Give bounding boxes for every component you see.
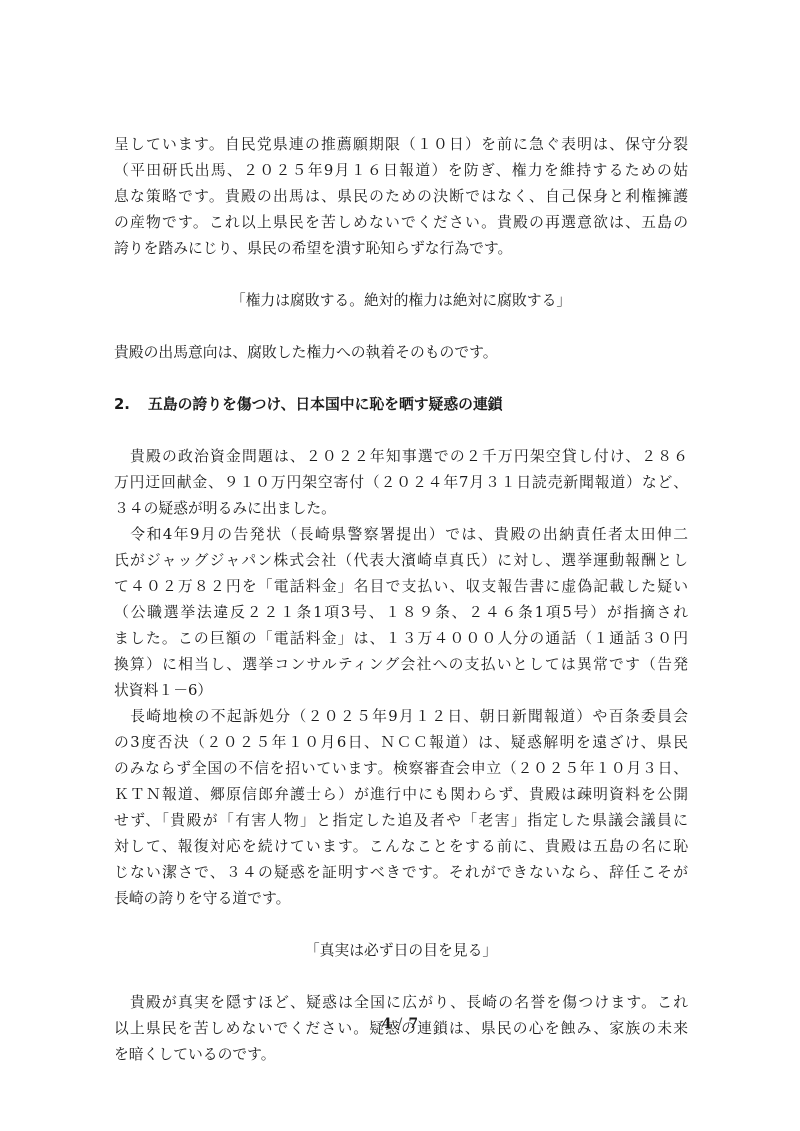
text-line: の3度否決（２０２５年１０月6日、ＮＣＣ報道）は、疑惑解明を遠ざけ、県民 [114, 730, 688, 756]
page-separator: / [398, 1016, 403, 1032]
text-line: の産物です。これ以上県民を苦しめないでください。貴殿の再選意欲は、五島の [114, 210, 688, 236]
text-line: 万円迂回献金、９１０万円架空寄付（２０２４年7月３１日読売新聞報道）など、 [114, 470, 688, 496]
paragraph-prosecution: 長崎地検の不起訴処分（２０２５年9月１２日、朝日新聞報道）や百条委員会 の3度否… [114, 704, 688, 912]
paragraph-complaint: 令和4年9月の告発状（長崎県警察署提出）では、貴殿の出納責任者太田伸二 氏がジャ… [114, 522, 688, 704]
text-line: ＫＴＮ報道、郷原信郎弁護士ら）が進行中にも関わらず、貴殿は疎明資料を公開 [114, 782, 688, 808]
page-total: 7 [408, 1016, 418, 1032]
text-line: せず、「貴殿が「有害人物」と指定した追及者や「老害」指定した県議会議員に [114, 808, 688, 834]
text-line: を暗くしているのです。 [114, 1042, 688, 1068]
paragraph-section1-tail: 呈しています。自民党県連の推薦願期限（１０日）を前に急ぐ表明は、保守分裂 （平田… [114, 132, 688, 262]
text-line: ３４の疑惑が明るみに出ました。 [114, 496, 688, 522]
text-line: 氏がジャッグジャパン株式会社（代表大濱崎卓真氏）に対し、選挙運動報酬とし [114, 548, 688, 574]
text-line: 長崎の誇りを守る道です。 [114, 886, 688, 912]
closing-sentence: 貴殿の出馬意向は、腐敗した権力への執着そのものです。 [114, 340, 688, 366]
page-current: 4 [382, 1016, 392, 1032]
text-line: て４０２万８２円を「電話料金」名目で支払い、収支報告書に虚偽記載した疑い [114, 574, 688, 600]
text-line: 換算）に相当し、選挙コンサルティング会社への支払いとしては異常です（告発 [114, 652, 688, 678]
section-number: 2. [114, 392, 148, 418]
text-line: 貴殿が真実を隠すほど、疑惑は全国に広がり、長崎の名誉を傷つけます。これ [114, 990, 688, 1016]
text-line: じない潔さで、３４の疑惑を証明すべきです。それができないなら、辞任こそが [114, 860, 688, 886]
section-title: 五島の誇りを傷つけ、日本国中に恥を晒す疑惑の連鎖 [148, 392, 503, 418]
text-line: 状資料１－6） [114, 678, 688, 704]
text-line: ました。この巨額の「電話料金」は、１３万４０００人分の通話（１通話３０円 [114, 626, 688, 652]
document-page: 呈しています。自民党県連の推薦願期限（１０日）を前に急ぐ表明は、保守分裂 （平田… [114, 132, 688, 1068]
text-line: （平田研氏出馬、２０２５年9月１６日報道）を防ぎ、権力を維持するための姑 [114, 158, 688, 184]
text-line: 呈しています。自民党県連の推薦願期限（１０日）を前に急ぐ表明は、保守分裂 [114, 132, 688, 158]
quote-power-corrupts: 「権力は腐敗する。絶対的権力は絶対に腐敗する」 [114, 288, 688, 314]
text-line: 息な策略です。貴殿の出馬は、県民のための決断ではなく、自己保身と利権擁護 [114, 184, 688, 210]
text-line: 貴殿の政治資金問題は、２０２２年知事選での２千万円架空貸し付け、２８６ [114, 444, 688, 470]
text-line: 令和4年9月の告発状（長崎県警察署提出）では、貴殿の出納責任者太田伸二 [114, 522, 688, 548]
text-line: のみならず全国の不信を招いています。検察審査会申立（２０２５年１０月３日、 [114, 756, 688, 782]
page-number: 4/7 [0, 1016, 800, 1032]
text-line: （公職選挙法違反２２１条1項3号、１８９条、２４６条1項5号）が指摘され [114, 600, 688, 626]
quote-truth: 「真実は必ず日の目を見る」 [114, 938, 688, 964]
text-line: 誇りを踏みにじり、県民の希望を潰す恥知らずな行為です。 [114, 236, 688, 262]
section-heading: 2. 五島の誇りを傷つけ、日本国中に恥を晒す疑惑の連鎖 [114, 392, 688, 418]
text-line: 長崎地検の不起訴処分（２０２５年9月１２日、朝日新聞報道）や百条委員会 [114, 704, 688, 730]
paragraph-political-funds: 貴殿の政治資金問題は、２０２２年知事選での２千万円架空貸し付け、２８６ 万円迂回… [114, 444, 688, 522]
text-line: 対して、報復対応を続けています。こんなことをする前に、貴殿は五島の名に恥 [114, 834, 688, 860]
